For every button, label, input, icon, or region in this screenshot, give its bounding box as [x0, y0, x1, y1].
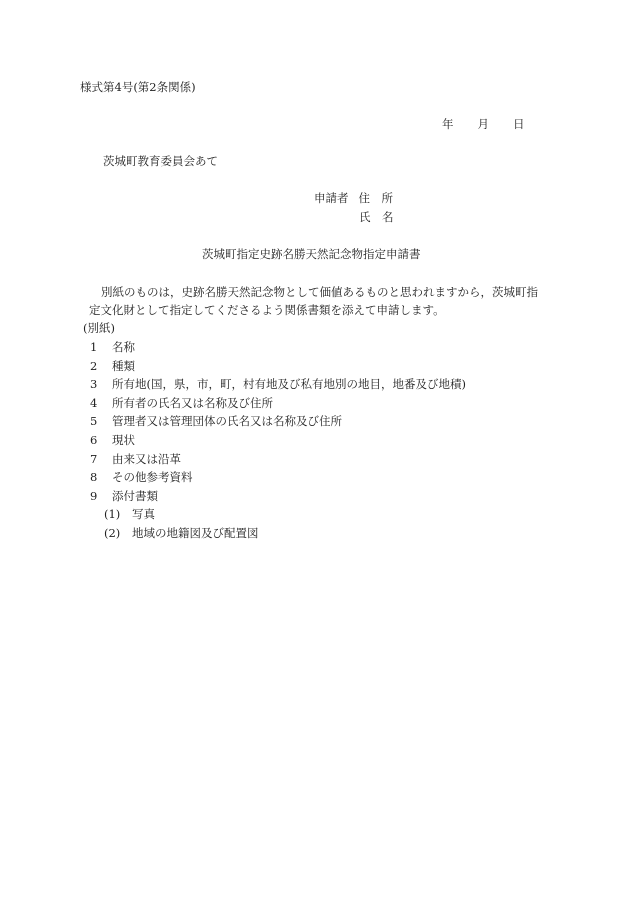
list-item: 6現状	[90, 435, 466, 454]
item-text: 名称	[112, 342, 135, 361]
name-label: 氏 名	[359, 212, 394, 224]
list-item: 1名称	[90, 342, 466, 361]
item-number: 3	[90, 379, 112, 398]
form-id: 様式第4号(第2条関係)	[80, 82, 196, 94]
date-day: 日	[513, 117, 525, 131]
item-text: その他参考資料	[112, 472, 193, 491]
attachment-label: (別紙)	[83, 323, 115, 335]
item-number: 8	[90, 472, 112, 491]
address-label: 住 所	[359, 191, 394, 205]
item-number: 1	[90, 342, 112, 361]
list-item: 8その他参考資料	[90, 472, 466, 491]
sub-list-item: (2)地域の地籍図及び配置図	[90, 528, 466, 547]
list-item: 3所有地(国，県，市，町，村有地及び私有地別の地目，地番及び地積)	[90, 379, 466, 398]
applicant-address-line: 申請者住 所	[314, 193, 393, 205]
list-item: 5管理者又は管理団体の氏名又は名称及び住所	[90, 416, 466, 435]
item-number: 6	[90, 435, 112, 454]
body-line-2: 定文化財として指定してくださるよう関係書類を添えて申請します。	[89, 305, 445, 317]
body-line-1: 別紙のものは，史跡名勝天然記念物として価値あるものと思われますから，茨城町指	[101, 287, 538, 299]
addressee: 茨城町教育委員会あて	[103, 156, 218, 168]
item-text: 管理者又は管理団体の氏名又は名称及び住所	[112, 416, 342, 435]
item-text: 現状	[112, 435, 135, 454]
applicant-label: 申請者	[314, 191, 349, 205]
document-title: 茨城町指定史跡名勝天然記念物指定申請書	[202, 249, 421, 261]
sub-item-text: 地域の地籍図及び配置図	[132, 528, 259, 547]
date-line: 年月日	[442, 119, 525, 131]
date-year: 年	[442, 117, 454, 131]
date-month: 月	[478, 117, 490, 131]
item-text: 所有地(国，県，市，町，村有地及び私有地別の地目，地番及び地積)	[112, 379, 466, 398]
sub-item-number: (2)	[104, 528, 132, 547]
item-list: 1名称 2種類 3所有地(国，県，市，町，村有地及び私有地別の地目，地番及び地積…	[90, 342, 466, 547]
